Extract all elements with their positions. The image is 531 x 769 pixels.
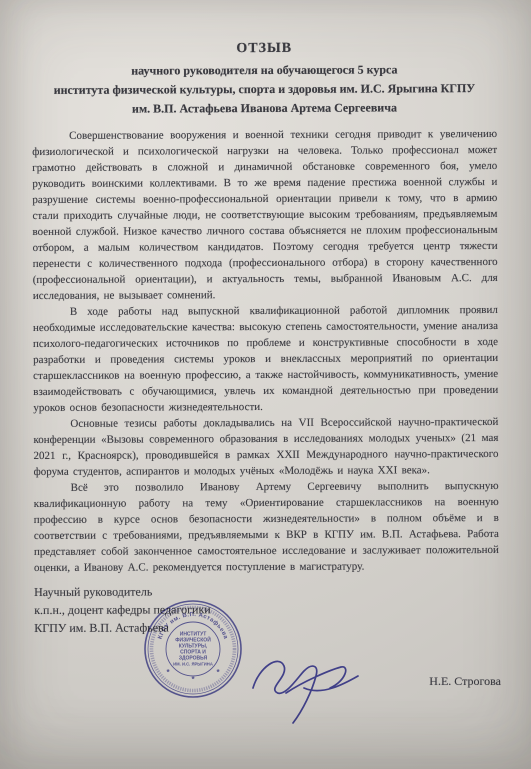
document-body: Совершенствование вооружения и военной т… xyxy=(32,126,499,576)
signature-role-line-2: к.п.н., доцент кафедры педагогики xyxy=(34,599,499,619)
document-page: ОТЗЫВ научного руководителя на обучающег… xyxy=(32,39,500,637)
signer-name: Н.Е. Строгова xyxy=(429,674,501,689)
document-title: ОТЗЫВ xyxy=(32,39,497,59)
paragraph-research-qualities: В ходе работы над выпускной квалификацио… xyxy=(33,302,498,416)
signature-role-line-3: КГПУ им. В.П. Астафьева xyxy=(34,617,499,637)
university-stamp: КГПУ им. В.П. Астафьева ИНСТИТУТ ФИЗИЧЕС… xyxy=(143,599,243,699)
document-subtitle-line-1: научного руководителя на обучающегося 5 … xyxy=(32,60,497,81)
document-subtitle-line-2: института физической культуры, спорта и … xyxy=(32,79,497,100)
signature-autograph-icon xyxy=(246,638,364,726)
title-block: ОТЗЫВ научного руководителя на обучающег… xyxy=(32,39,497,119)
stamp-center-line-6: ИМ. И.С. ЯРЫГИНА xyxy=(173,662,213,667)
scanned-document-photo: ОТЗЫВ научного руководителя на обучающег… xyxy=(0,0,531,769)
signature-block: Научный руководитель к.п.н., доцент кафе… xyxy=(34,581,499,637)
paragraph-conclusion: Всё это позволило Иванову Артему Сергеев… xyxy=(34,478,499,576)
signature-role-line-1: Научный руководитель xyxy=(34,581,499,601)
stamp-star-left-icon: * xyxy=(166,668,170,677)
paragraph-conference: Основные тезисы работы докладывались на … xyxy=(33,414,498,480)
stamp-center-line-2: ФИЗИЧЕСКОЙ xyxy=(175,636,211,644)
document-subtitle-line-3: им. В.П. Астафьева Иванова Артема Сергее… xyxy=(32,98,497,119)
stamp-star-right-icon: * xyxy=(216,668,220,677)
paragraph-introduction: Совершенствование вооружения и военной т… xyxy=(32,126,498,304)
